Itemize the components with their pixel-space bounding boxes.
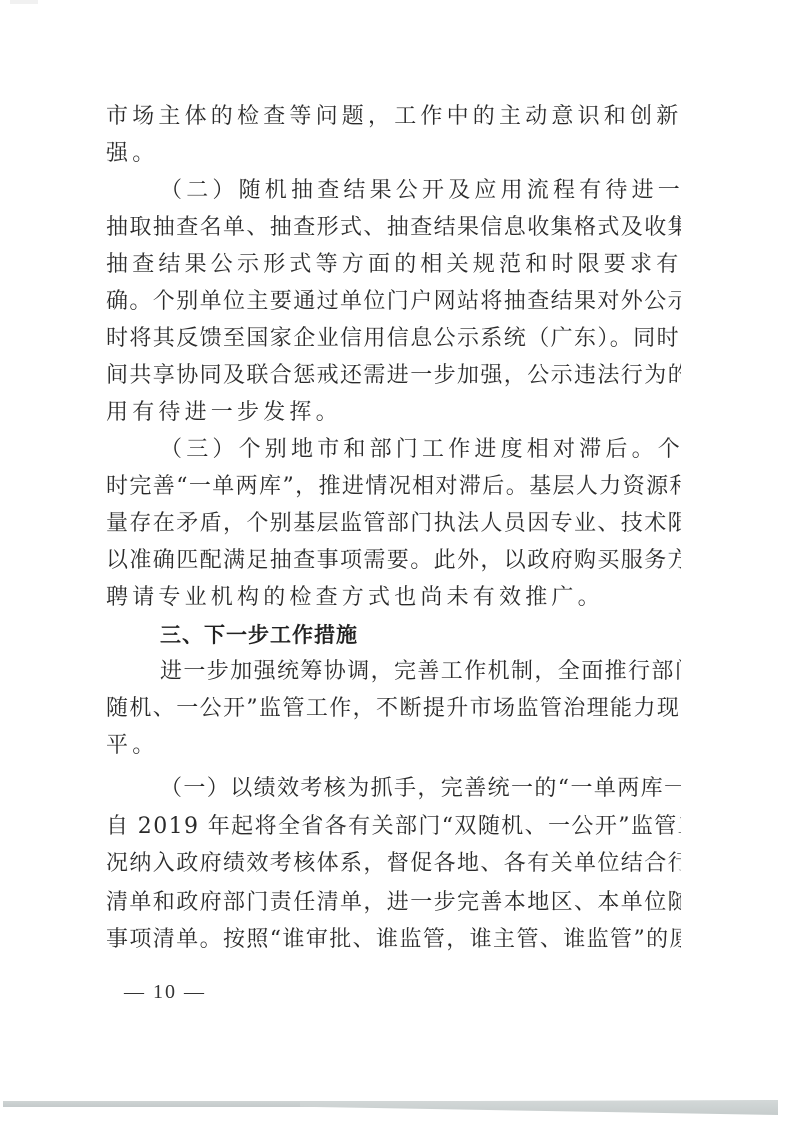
body-line: 聘请专业机构的检查方式也尚未有效推广。 [106, 583, 681, 613]
subsection-1-heading-line: （一）以绩效考核为抓手，完善统一的“一单两库一细则”。 [160, 774, 681, 804]
body-line: 强。 [106, 139, 681, 169]
page-number: — 10 — [124, 978, 206, 1006]
body-line: 抽取抽查名单、抽查形式、抽查结果信息收集格式及收集路径、 [106, 213, 681, 243]
body-line: 时完善“一单两库”，推进情况相对滞后。基层人力资源和业务 [106, 472, 681, 502]
body-line: 抽查结果公示形式等方面的相关规范和时限要求有待进一步明 [106, 250, 681, 280]
section-2-heading-line: （二）随机抽查结果公开及应用流程有待进一步规范。随机 [160, 176, 681, 206]
body-line: 平。 [106, 731, 681, 761]
body-line: 进一步加强统筹协调，完善工作机制，全面推行部门联合“双 [160, 657, 681, 687]
body-line: 时将其反馈至国家企业信用信息公示系统（广东）。同时，部门 [106, 324, 681, 354]
body-line: 间共享协同及联合惩戒还需进一步加强，公示违法行为的震摄作 [106, 361, 681, 391]
body-line: 用有待进一步发挥。 [106, 398, 681, 428]
body-line: 清单和政府部门责任清单，进一步完善本地区、本单位随机抽查 [106, 888, 681, 918]
body-line: 以准确匹配满足抽查事项需要。此外，以政府购买服务方式集中 [106, 546, 681, 576]
scan-edge-shadow [300, 1100, 778, 1115]
body-line: 事项清单。按照“谁审批、谁监管，谁主管、谁监管”的原则， [106, 925, 681, 955]
body-line: 量存在矛盾，个别基层监管部门执法人员因专业、技术限制，难 [106, 509, 681, 539]
section-3-heading-line: （三）个别地市和部门工作进度相对滞后。个别单位未能及 [160, 435, 681, 465]
body-line: 确。个别单位主要通过单位门户网站将抽查结果对外公示，未及 [106, 287, 681, 317]
body-line: 随机、一公开”监管工作，不断提升市场监管治理能力现代化水 [106, 694, 681, 724]
scan-artifact [10, 0, 38, 4]
body-line: 自 2019 年起将全省各有关部门“双随机、一公开”监管工作情 [106, 812, 681, 842]
chapter-heading: 三、下一步工作措施 [160, 620, 681, 650]
body-line: 况纳入政府绩效考核体系，督促各地、各有关单位结合行政权力 [106, 849, 681, 879]
body-line: 市场主体的检查等问题，工作中的主动意识和创新意识还不够 [106, 102, 681, 132]
